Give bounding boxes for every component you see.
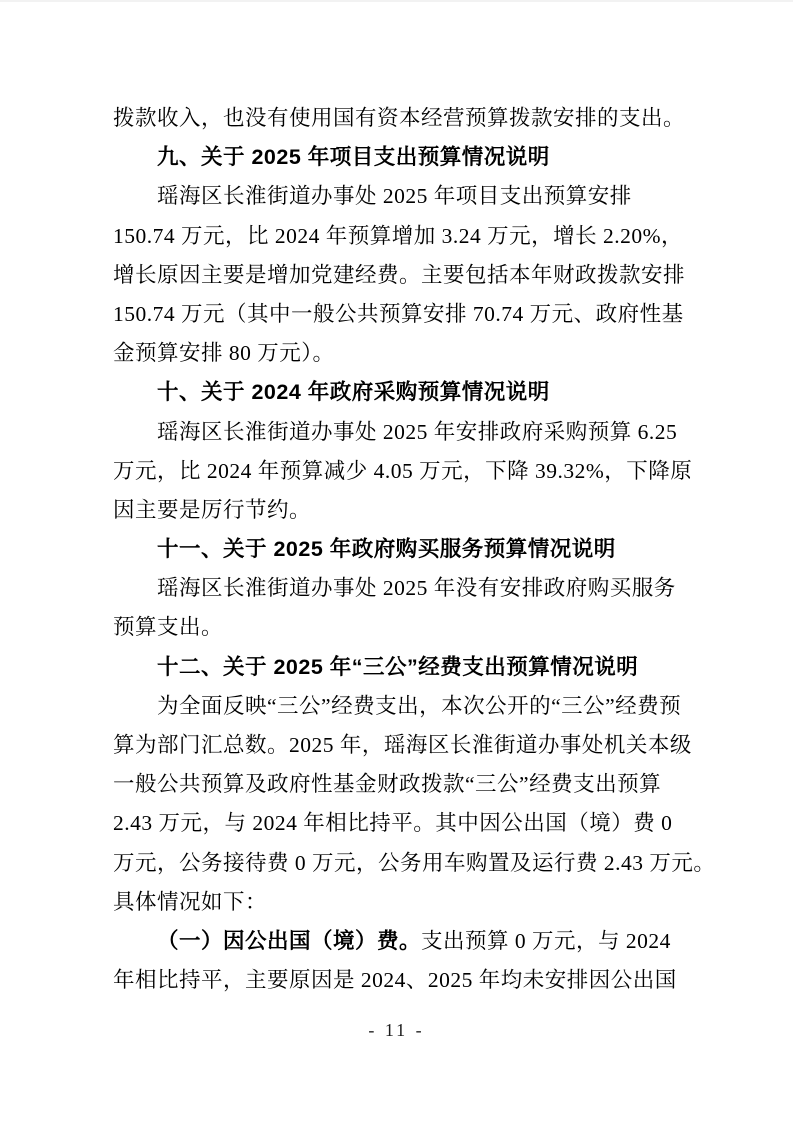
text-segment: 瑶海区长淮街道办事处 2025 年项目支出预算安排 (157, 184, 632, 208)
section-heading: 十一、关于 2025 年政府购买服务预算情况说明 (113, 530, 685, 569)
text-segment: 九、关于 2025 年项目支出预算情况说明 (157, 145, 550, 169)
text-line: 万元，比 2024 年预算减少 4.05 万元，下降 39.32%，下降原 (113, 452, 685, 491)
text-line: （一）因公出国（境）费。支出预算 0 万元，与 2024 (113, 922, 685, 961)
text-line: 年相比持平，主要原因是 2024、2025 年均未安排因公出国 (113, 961, 685, 1000)
text-segment: 因主要是厉行节约。 (113, 498, 311, 522)
text-segment: 十、关于 2024 年政府采购预算情况说明 (157, 380, 550, 404)
text-segment: （一）因公出国（境）费。 (157, 929, 421, 953)
text-line: 算为部门汇总数。2025 年，瑶海区长淮街道办事处机关本级 (113, 726, 685, 765)
document-page: 拨款收入，也没有使用国有资本经营预算拨款安排的支出。九、关于 2025 年项目支… (0, 0, 793, 1122)
text-line: 为全面反映“三公”经费支出，本次公开的“三公”经费预 (113, 687, 685, 726)
text-line: 预算支出。 (113, 608, 685, 647)
text-segment: 150.74 万元（其中一般公共预算安排 70.74 万元、政府性基 (113, 302, 684, 326)
text-segment: 预算支出。 (113, 615, 223, 639)
section-heading: 九、关于 2025 年项目支出预算情况说明 (113, 138, 685, 177)
text-segment: 拨款收入，也没有使用国有资本经营预算拨款安排的支出。 (113, 106, 685, 130)
text-segment: 万元，公务接待费 0 万元，公务用车购置及运行费 2.43 万元。 (113, 851, 715, 875)
text-segment: 万元，比 2024 年预算减少 4.05 万元，下降 39.32%，下降原 (113, 459, 692, 483)
text-line: 2.43 万元，与 2024 年相比持平。其中因公出国（境）费 0 (113, 804, 685, 843)
text-segment: 金预算安排 80 万元）。 (113, 341, 335, 365)
text-segment: 十二、关于 2025 年“三公”经费支出预算情况说明 (157, 655, 638, 679)
text-line: 拨款收入，也没有使用国有资本经营预算拨款安排的支出。 (113, 99, 685, 138)
text-segment: 瑶海区长淮街道办事处 2025 年安排政府采购预算 6.25 (157, 420, 677, 444)
section-heading: 十二、关于 2025 年“三公”经费支出预算情况说明 (113, 648, 685, 687)
text-line: 150.74 万元（其中一般公共预算安排 70.74 万元、政府性基 (113, 295, 685, 334)
text-line: 瑶海区长淮街道办事处 2025 年安排政府采购预算 6.25 (113, 413, 685, 452)
text-line: 瑶海区长淮街道办事处 2025 年没有安排政府购买服务 (113, 569, 685, 608)
section-heading: 十、关于 2024 年政府采购预算情况说明 (113, 373, 685, 412)
text-segment: 支出预算 0 万元，与 2024 (421, 929, 671, 953)
text-segment: 算为部门汇总数。2025 年，瑶海区长淮街道办事处机关本级 (113, 733, 692, 757)
text-line: 瑶海区长淮街道办事处 2025 年项目支出预算安排 (113, 177, 685, 216)
document-text-body: 拨款收入，也没有使用国有资本经营预算拨款安排的支出。九、关于 2025 年项目支… (113, 99, 685, 1000)
text-line: 具体情况如下： (113, 883, 685, 922)
text-line: 150.74 万元，比 2024 年预算增加 3.24 万元，增长 2.20%， (113, 217, 685, 256)
text-segment: 为全面反映“三公”经费支出，本次公开的“三公”经费预 (157, 694, 681, 718)
text-segment: 瑶海区长淮街道办事处 2025 年没有安排政府购买服务 (157, 576, 676, 600)
text-segment: 一般公共预算及政府性基金财政拨款“三公”经费支出预算 (113, 772, 661, 796)
page-number: - 11 - (0, 1020, 793, 1041)
text-segment: 150.74 万元，比 2024 年预算增加 3.24 万元，增长 2.20%， (113, 224, 683, 248)
text-segment: 2.43 万元，与 2024 年相比持平。其中因公出国（境）费 0 (113, 811, 672, 835)
text-line: 万元，公务接待费 0 万元，公务用车购置及运行费 2.43 万元。 (113, 844, 685, 883)
text-line: 一般公共预算及政府性基金财政拨款“三公”经费支出预算 (113, 765, 685, 804)
text-segment: 年相比持平，主要原因是 2024、2025 年均未安排因公出国 (113, 968, 677, 992)
text-segment: 具体情况如下： (113, 890, 267, 914)
text-segment: 十一、关于 2025 年政府购买服务预算情况说明 (157, 537, 616, 561)
text-line: 因主要是厉行节约。 (113, 491, 685, 530)
text-line: 增长原因主要是增加党建经费。主要包括本年财政拨款安排 (113, 256, 685, 295)
text-line: 金预算安排 80 万元）。 (113, 334, 685, 373)
text-segment: 增长原因主要是增加党建经费。主要包括本年财政拨款安排 (113, 263, 685, 287)
